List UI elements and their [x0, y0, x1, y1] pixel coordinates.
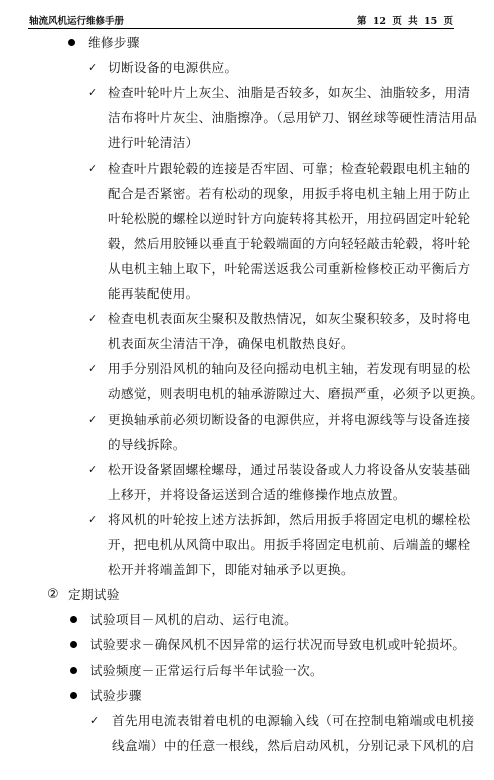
- bullet-icon: [70, 692, 77, 699]
- bullet-icon: [70, 616, 77, 623]
- test-item: 试验要求－确保风机不因异常的运行状况而导致电机或叶轮损坏。: [90, 632, 465, 657]
- checkmark-icon: ✓: [88, 156, 97, 181]
- checkmark-icon: ✓: [88, 407, 97, 432]
- page-header: 轴流风机运行维修手册 第 12 页 共 15 页: [28, 10, 454, 29]
- checkmark-icon: ✓: [88, 80, 97, 105]
- test-item: 试验频度－正常运行后每半年试验一次。: [90, 658, 323, 683]
- document-title: 轴流风机运行维修手册: [29, 13, 124, 27]
- step-line: 切断设备的电源供应。: [108, 55, 237, 80]
- circled-number: ②: [47, 582, 59, 607]
- step-line: 开，把电机从风筒中取出。用扳手将固定电机前、后端盖的螺栓: [108, 532, 470, 557]
- test-item: 试验项目－风机的启动、运行电流。: [90, 607, 297, 632]
- step-line: 从电机主轴上取下，叶轮需送返我公司重新检修校正动平衡后方: [108, 256, 470, 281]
- checkmark-icon: ✓: [90, 708, 99, 733]
- step-line: 能再装配使用。: [108, 281, 199, 306]
- step-line: 动感觉，则表明电机的轴承游隙过大、磨损严重，必须予以更换。: [108, 381, 483, 406]
- step-line: 检查电机表面灰尘聚积及散热情况，如灰尘聚积较多，及时将电: [108, 306, 470, 331]
- step-line: 洁布将叶片灰尘、油脂擦净。（忌用铲刀、钢丝球等硬性清洁用品: [108, 105, 477, 130]
- checkmark-icon: ✓: [88, 306, 97, 331]
- step-line: 配合是否紧密。若有松动的现象，用扳手将电机主轴上用于防止: [108, 181, 470, 206]
- step-line: 首先用电流表钳着电机的电源输入线（可在控制电箱端或电机接: [112, 708, 474, 733]
- page-indicator: 第 12 页 共 15 页: [357, 13, 453, 27]
- test-item: 试验步骤: [90, 683, 142, 708]
- step-line: 叶轮松脱的螺栓以逆时针方向旋转将其松开，用拉码固定叶轮轮: [108, 206, 470, 231]
- checkmark-icon: ✓: [88, 507, 97, 532]
- step-line: 松开并将端盖卸下，即能对轴承予以更换。: [108, 557, 354, 582]
- checkmark-icon: ✓: [88, 55, 97, 80]
- checkmark-icon: ✓: [88, 457, 97, 482]
- section-heading: 定期试验: [68, 582, 120, 607]
- section-heading: 维修步骤: [88, 30, 140, 55]
- step-line: 进行叶轮清洁）: [108, 130, 199, 155]
- step-line: 将风机的叶轮按上述方法拆卸，然后用扳手将固定电机的螺栓松: [108, 507, 470, 532]
- step-line: 的导线拆除。: [108, 432, 186, 457]
- bullet-icon: [70, 667, 77, 674]
- step-line: 上移开，并将设备运送到合适的维修操作地点放置。: [108, 482, 406, 507]
- step-line: 松开设备紧固螺栓螺母，通过吊装设备或人力将设备从安装基础: [108, 457, 470, 482]
- bullet-icon: [70, 641, 77, 648]
- step-line: 机表面灰尘清洁干净，确保电机散热良好。: [108, 331, 354, 356]
- step-line: 毂，然后用胶锤以垂直于轮毂端面的方向轻轻敲击轮毂，将叶轮: [108, 231, 470, 256]
- step-line: 检查叶片跟轮毂的连接是否牢固、可靠；检查轮毂跟电机主轴的: [108, 156, 470, 181]
- step-line: 线盒端）中的任意一根线，然后启动风机，分别记录下风机的启: [112, 733, 474, 758]
- bullet-icon: [68, 39, 75, 46]
- checkmark-icon: ✓: [88, 356, 97, 381]
- step-line: 用手分别沿风机的轴向及径向摇动电机主轴，若发现有明显的松: [108, 356, 470, 381]
- step-line: 检查叶轮叶片上灰尘、油脂是否较多，如灰尘、油脂较多，用清: [108, 80, 470, 105]
- step-line: 更换轴承前必须切断设备的电源供应，并将电源线等与设备连接: [108, 407, 470, 432]
